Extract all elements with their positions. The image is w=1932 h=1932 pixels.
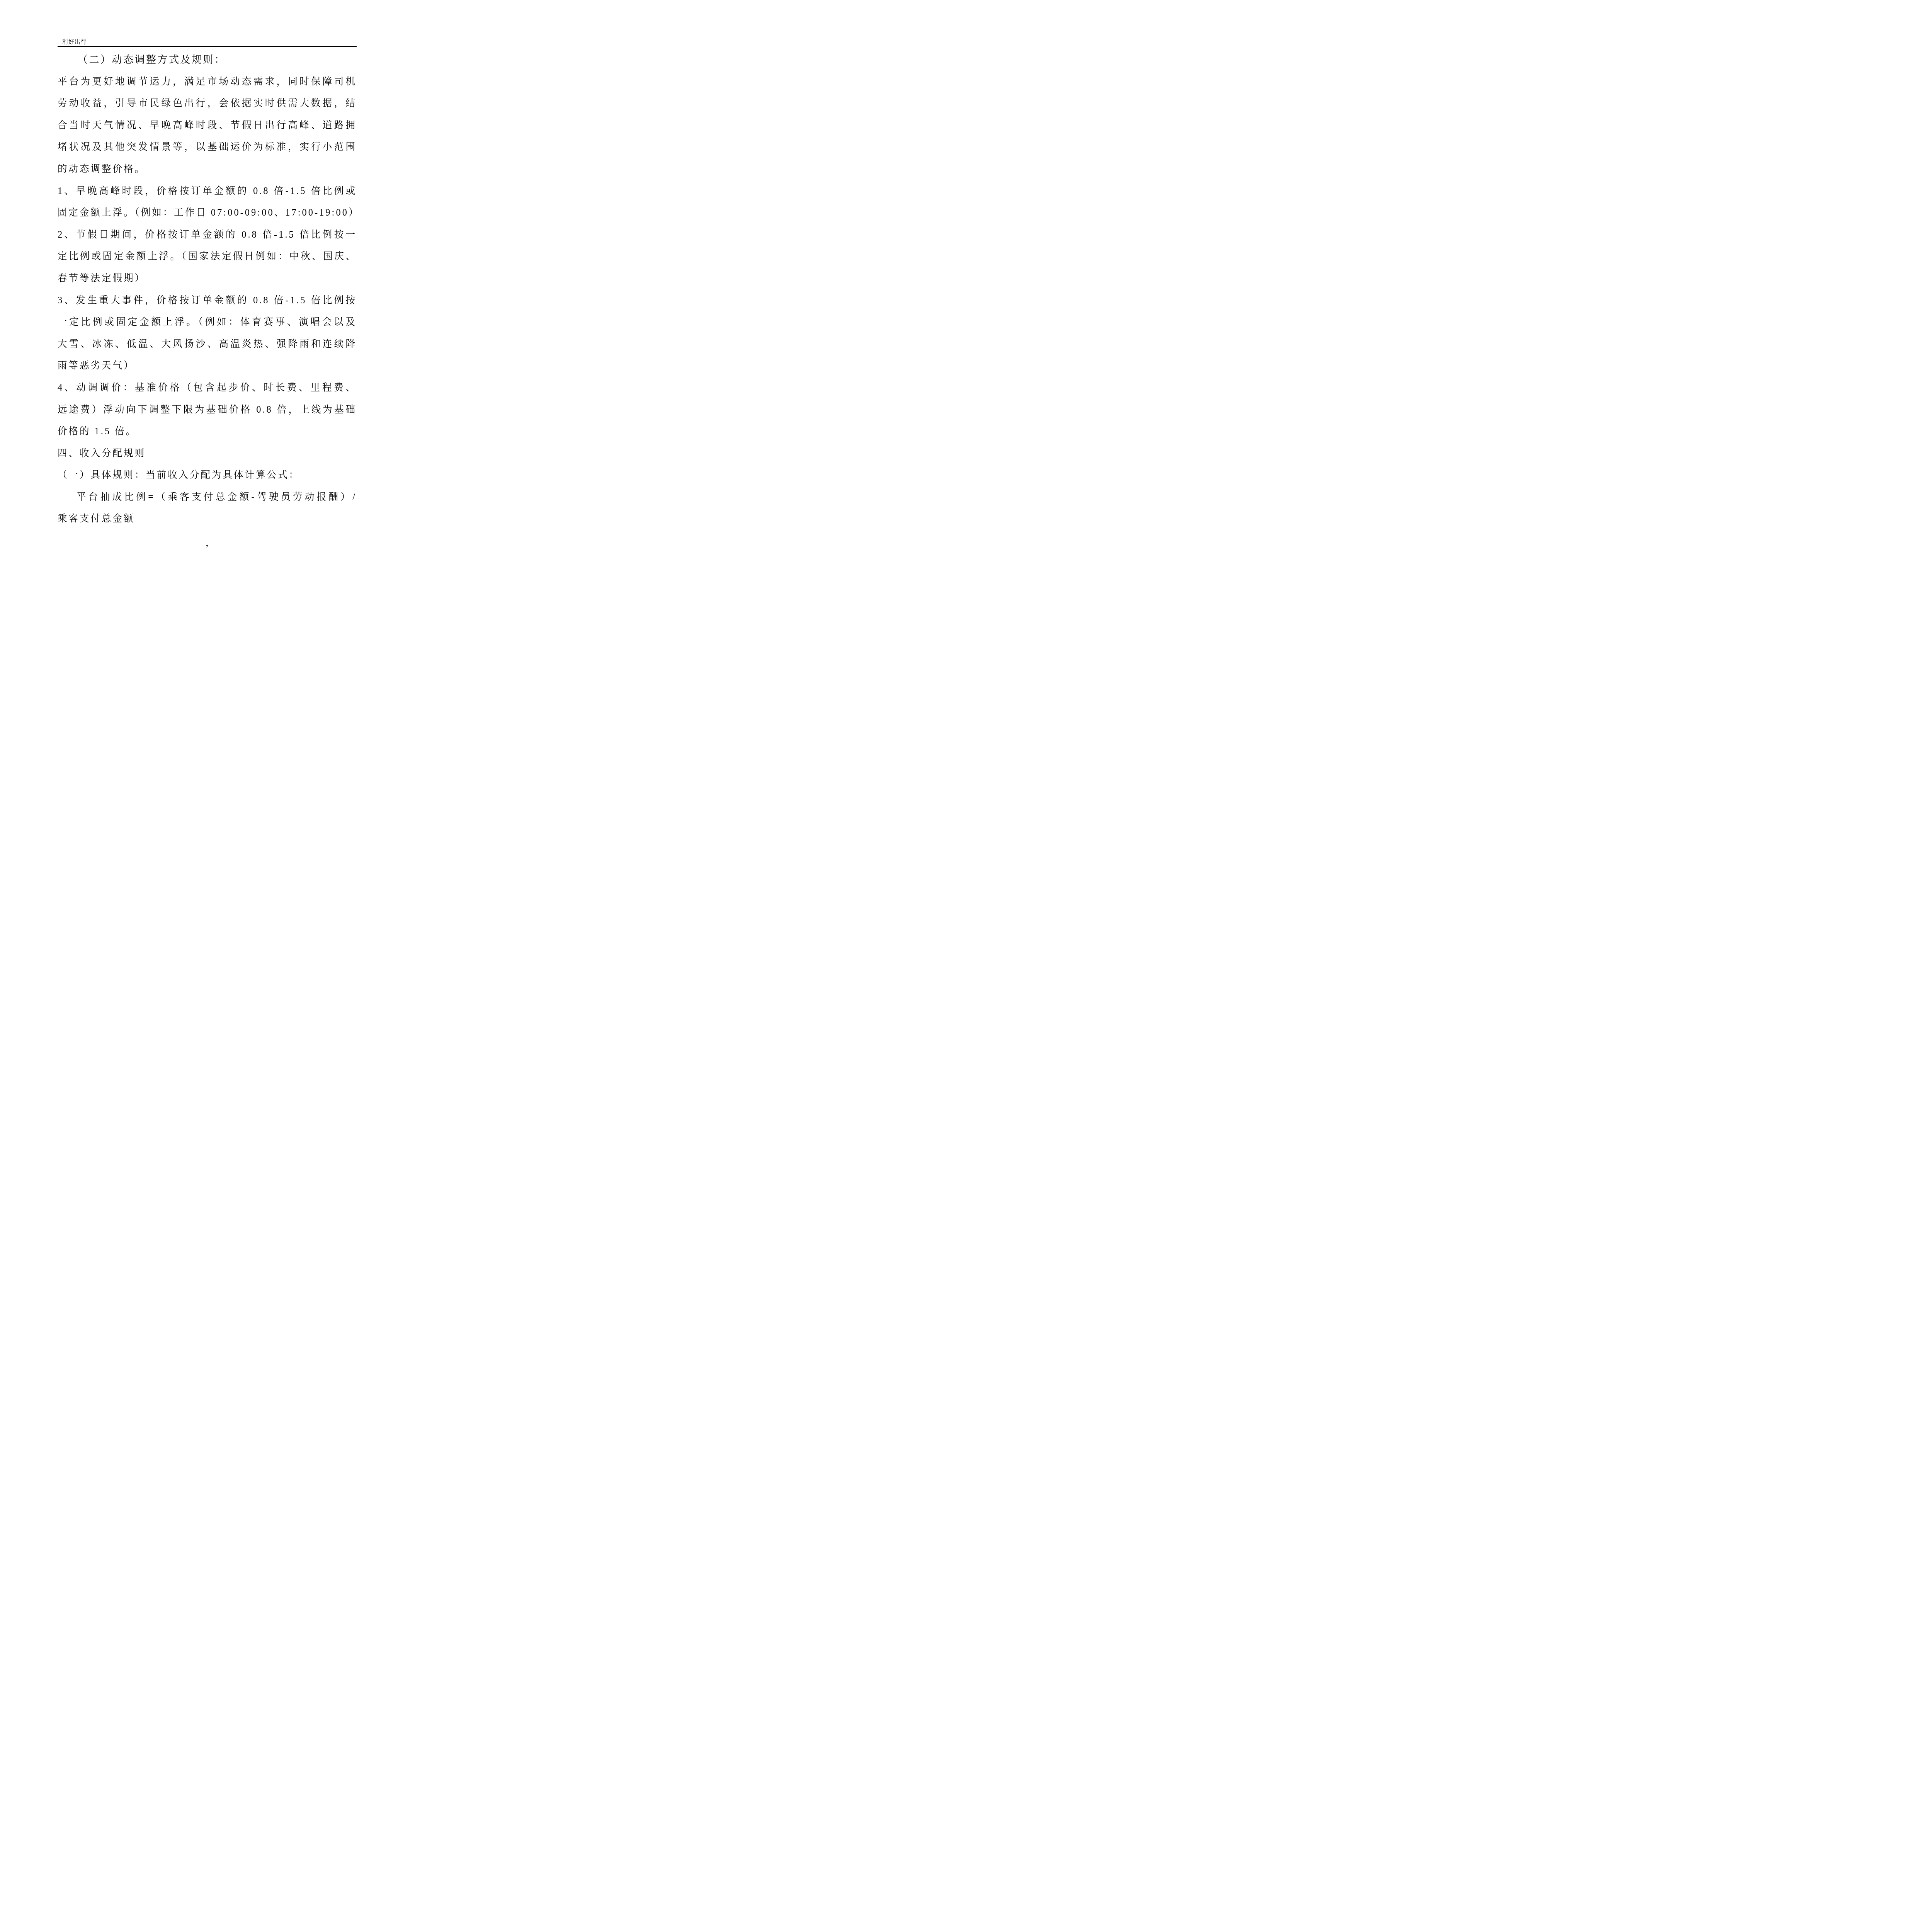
page-footer: 7 [0, 543, 414, 550]
text-line: 定比例或固定金额上浮。（国家法定假日例如：中秋、国庆、 [58, 246, 357, 268]
text-line: 1、早晚高峰时段，价格按订单金额的 0.8 倍-1.5 倍比例或 [58, 180, 357, 202]
text-line: 大雪、冰冻、低温、大风扬沙、高温炎热、强降雨和连续降 [58, 333, 357, 355]
text-line: 四、收入分配规则 [58, 443, 357, 465]
text-line: 乘客支付总金额 [58, 508, 357, 530]
text-line: 平台为更好地调节运力，满足市场动态需求，同时保障司机 [58, 71, 357, 93]
document-page: 利好出行 （二）动态调整方式及规则：平台为更好地调节运力，满足市场动态需求，同时… [0, 0, 414, 585]
text-line: 春节等法定假期） [58, 268, 357, 290]
text-line: （一）具体规则：当前收入分配为具体计算公式： [58, 464, 357, 486]
text-line: 的动态调整价格。 [58, 158, 357, 180]
text-line: 平台抽成比例=（乘客支付总金额-驾驶员劳动报酬）/ [58, 486, 357, 509]
text-line: 价格的 1.5 倍。 [58, 421, 357, 443]
text-line: 合当时天气情况、早晚高峰时段、节假日出行高峰、道路拥 [58, 115, 357, 137]
page-number: 7 [206, 544, 208, 549]
section-heading-line: （二）动态调整方式及规则： [58, 49, 357, 71]
text-line: 一定比例或固定金额上浮。（例如：体育赛事、演唱会以及 [58, 311, 357, 333]
text-line: 雨等恶劣天气） [58, 355, 357, 377]
text-line: 2、节假日期间，价格按订单金额的 0.8 倍-1.5 倍比例按一 [58, 224, 357, 246]
text-line: 3、发生重大事件，价格按订单金额的 0.8 倍-1.5 倍比例按 [58, 290, 357, 312]
text-line: 4、动调调价：基准价格（包含起步价、时长费、里程费、 [58, 377, 357, 399]
document-body: （二）动态调整方式及规则：平台为更好地调节运力，满足市场动态需求，同时保障司机劳… [58, 49, 357, 530]
text-line: 堵状况及其他突发情景等，以基础运价为标准，实行小范围 [58, 136, 357, 158]
page-header: 利好出行 [58, 0, 357, 48]
header-rule [58, 46, 357, 47]
text-line: 固定金额上浮。（例如：工作日 07:00-09:00、17:00-19:00） [58, 202, 357, 224]
text-line: 劳动收益，引导市民绿色出行，会依据实时供需大数据，结 [58, 93, 357, 115]
text-line: 远途费）浮动向下调整下限为基础价格 0.8 倍，上线为基础 [58, 399, 357, 421]
header-brand-text: 利好出行 [62, 37, 87, 46]
